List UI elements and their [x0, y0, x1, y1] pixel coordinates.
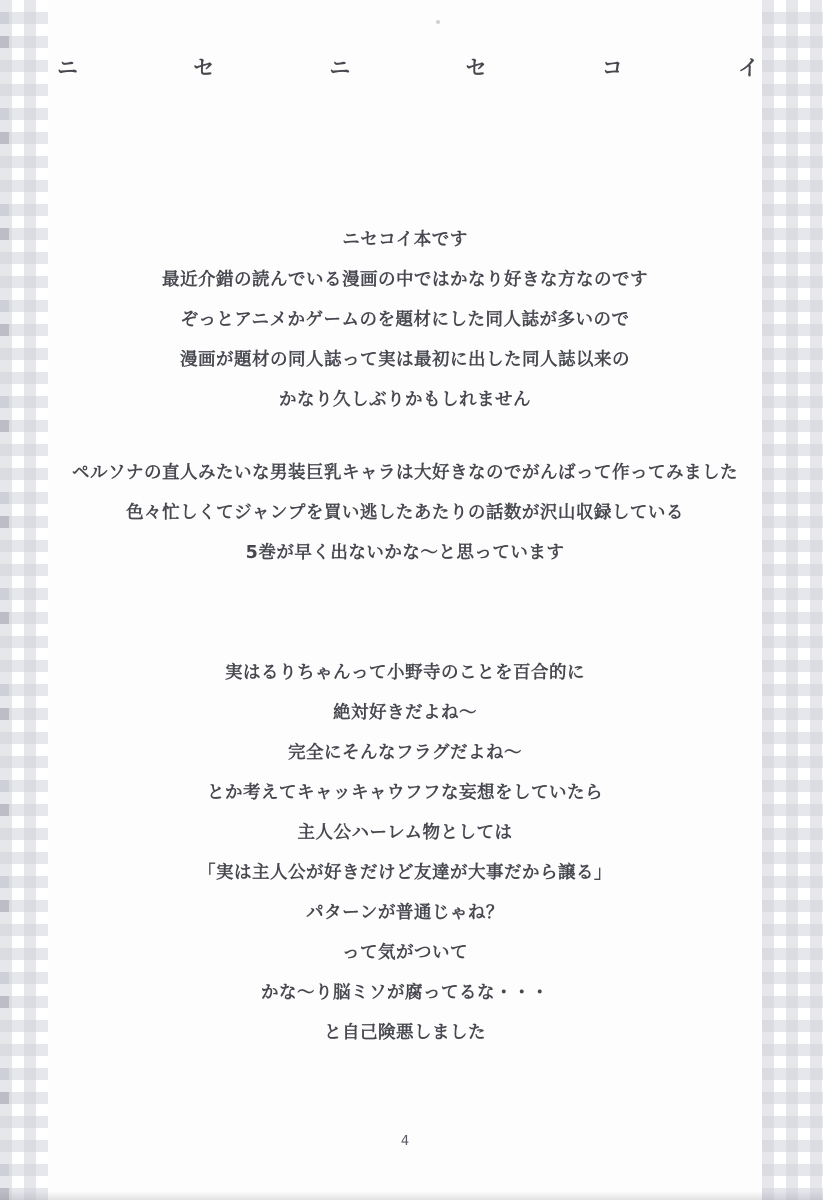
text-line: パターンが普通じゃね？ [48, 893, 762, 933]
title-char: セ [193, 52, 214, 82]
text-line: とか考えてキャッキャウフフな妄想をしていたら [48, 773, 762, 813]
paragraph-2: ペルソナの直人みたいな男装巨乳キャラは大好きなのでがんばって作ってみました 色々… [48, 453, 762, 573]
text-line: ニセコイ本です [48, 220, 762, 260]
text-line: 「実は主人公が好きだけど友達が大事だから譲る」 [48, 853, 762, 893]
text-line: かなり久しぶりかもしれません [48, 380, 762, 420]
text-line: 最近介錯の読んでいる漫画の中ではかなり好きな方なのです [48, 260, 762, 300]
title-char: コ [602, 52, 623, 82]
paragraph-3: 実はるりちゃんって小野寺のことを百合的に 絶対好きだよね〜 完全にそんなフラグだ… [48, 653, 762, 1053]
scan-speck [436, 20, 440, 24]
text-line: 色々忙しくてジャンプを買い逃したあたりの話数が沢山収録している [48, 493, 762, 533]
page-edge-speckles [0, 0, 9, 1200]
text-line: 主人公ハーレム物としては [48, 813, 762, 853]
text-line: 絶対好きだよね〜 [48, 693, 762, 733]
page-bottom-shadow [0, 1191, 823, 1200]
title-char: イ [738, 52, 759, 82]
text-line: と自己険悪しました [48, 1013, 762, 1053]
text-line: 漫画が題材の同人誌って実は最初に出した同人誌以来の [48, 340, 762, 380]
text-line: ぞっとアニメかゲームのを題材にした同人誌が多いので [48, 300, 762, 340]
page-number: 4 [48, 1134, 762, 1149]
title-char: ニ [329, 52, 350, 82]
text-line: 5巻が早く出ないかな〜と思っています [48, 533, 762, 573]
gingham-border-right [762, 0, 823, 1200]
paragraph-1: ニセコイ本です 最近介錯の読んでいる漫画の中ではかなり好きな方なのです ぞっとア… [48, 220, 762, 420]
title-char: セ [466, 52, 487, 82]
text-line: 完全にそんなフラグだよね〜 [48, 733, 762, 773]
page-title: ニ セ ニ セ コ イ [57, 52, 759, 82]
text-line: かな〜り脳ミソが腐ってるな・・・ [48, 973, 762, 1013]
text-line: 実はるりちゃんって小野寺のことを百合的に [48, 653, 762, 693]
title-char: ニ [57, 52, 78, 82]
text-line: って気がついて [48, 933, 762, 973]
text-line: ペルソナの直人みたいな男装巨乳キャラは大好きなのでがんばって作ってみました [48, 453, 762, 493]
